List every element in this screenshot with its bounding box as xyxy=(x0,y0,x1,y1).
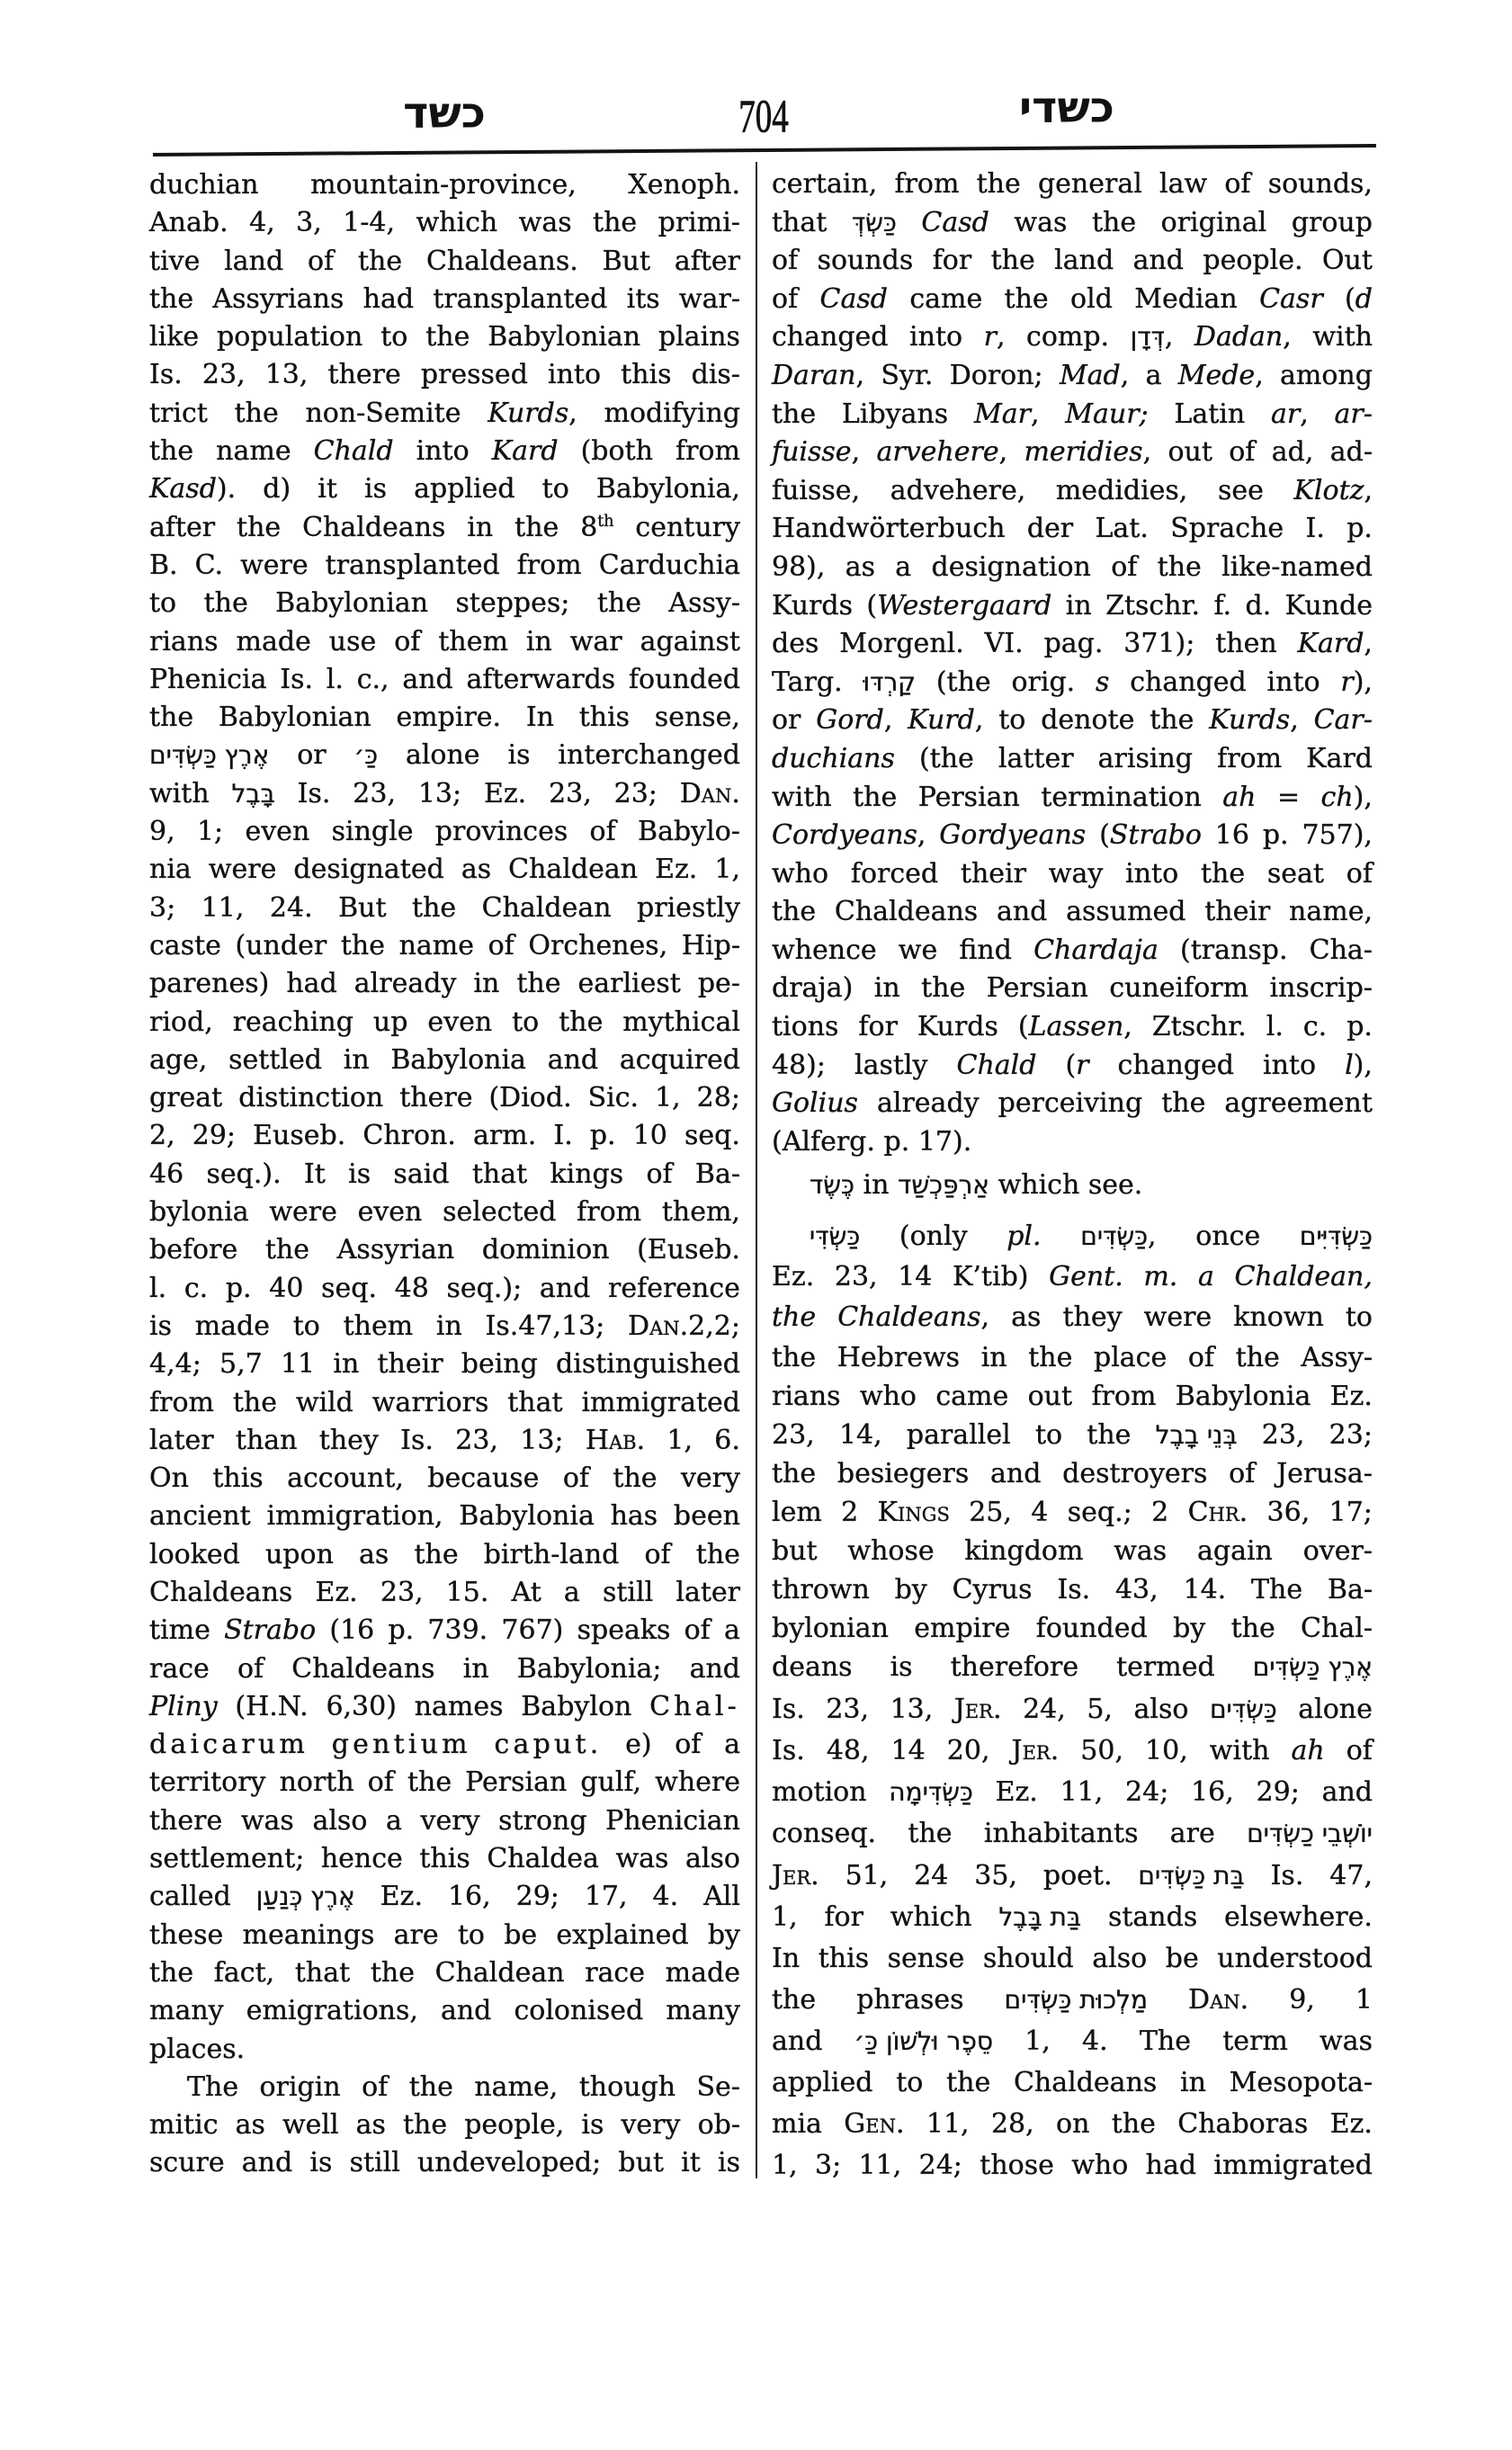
word: 35, xyxy=(974,1857,1017,1896)
word: speaks xyxy=(577,1612,671,1650)
text-run: ( xyxy=(1099,819,1110,851)
italic-text: Kurds xyxy=(488,398,568,429)
word: who xyxy=(1071,2147,1128,2186)
word: the xyxy=(1150,702,1194,740)
text-run: Ez. xyxy=(484,778,526,809)
word: 9, xyxy=(149,813,175,851)
text-run: and xyxy=(1133,245,1184,276)
text-line: Kasd).d)itisappliedtoBabylonia, xyxy=(149,470,740,508)
word: before xyxy=(149,1231,237,1269)
text-run: of xyxy=(368,1766,394,1798)
text-run: Chaldean xyxy=(482,892,612,924)
text-run: the xyxy=(265,1234,309,1265)
word: 9, xyxy=(1289,1981,1315,2020)
word: בַּת בָּבֶל xyxy=(998,1899,1081,1937)
text-run: north xyxy=(280,1766,354,1798)
text-run: land xyxy=(1054,245,1114,276)
word: than xyxy=(236,1422,298,1460)
word: Euseb. xyxy=(253,1117,345,1155)
word: Dadan, xyxy=(1194,318,1292,357)
word: 14 xyxy=(898,1258,932,1297)
text-line: Daran,Syr.Doron;Mad,aMede,among xyxy=(772,357,1373,396)
text-run: , xyxy=(1255,360,1264,391)
text-run: parenes) xyxy=(149,968,269,999)
text-run: or xyxy=(297,739,326,771)
word: who xyxy=(860,1378,917,1417)
text-run: Babylo- xyxy=(638,816,740,847)
word: the xyxy=(149,1954,193,1992)
word: later xyxy=(675,1574,740,1612)
text-run: by xyxy=(708,1919,740,1951)
text-run: ( xyxy=(1345,283,1355,315)
word: Median xyxy=(1134,281,1237,319)
text-run: empire. xyxy=(396,702,501,733)
text-run: Kard xyxy=(1306,743,1373,774)
text-run: (the xyxy=(919,743,974,774)
word: gulf, xyxy=(580,1764,641,1802)
text-run: came xyxy=(935,1381,1008,1412)
word: duchians xyxy=(772,740,895,779)
text-run: medidies, xyxy=(1056,475,1187,506)
text-run: Assy- xyxy=(668,587,740,619)
word: 23, xyxy=(1262,1417,1305,1455)
text-run: alone xyxy=(406,739,480,771)
text-run: 4, xyxy=(249,207,275,238)
text-run: of xyxy=(1188,1342,1214,1373)
text-run: seq.); xyxy=(447,1273,523,1304)
word: Mar, xyxy=(974,396,1040,434)
word: 13, xyxy=(265,356,309,394)
text-run: l. xyxy=(149,1273,166,1304)
text-run: them xyxy=(438,626,508,657)
text-run: up xyxy=(373,1006,408,1038)
word: which xyxy=(998,1167,1080,1205)
word: upon xyxy=(265,1536,334,1574)
text-run: to xyxy=(293,1310,320,1342)
italic-text: Mede xyxy=(1178,360,1255,391)
word: these xyxy=(149,1917,223,1954)
word: which xyxy=(416,204,497,242)
italic-text: fuisse xyxy=(772,436,852,468)
word: places. xyxy=(149,2031,245,2069)
text-run: it xyxy=(681,2147,701,2178)
text-run: 767) xyxy=(501,1614,563,1646)
text-run: their xyxy=(1204,896,1270,927)
text-run: into xyxy=(416,435,470,467)
word: in xyxy=(467,509,493,547)
italic-text: Car- xyxy=(1314,704,1373,736)
word: the xyxy=(371,1954,415,1992)
word: this xyxy=(621,356,671,394)
word: of xyxy=(1188,1339,1214,1378)
word: It xyxy=(304,1156,326,1194)
word: Chaldeans xyxy=(302,509,445,547)
word: way xyxy=(1049,855,1104,894)
text-line: thefact,thattheChaldeanracemade xyxy=(149,1954,740,1992)
text-run: of xyxy=(590,816,616,847)
text-run: of xyxy=(1229,1458,1255,1489)
word: Is. xyxy=(298,775,331,813)
text-run: 28; xyxy=(697,1082,740,1113)
word: of xyxy=(1111,549,1137,587)
word: deans xyxy=(772,1649,853,1687)
word: Doron; xyxy=(950,357,1043,396)
text-run: the xyxy=(772,1458,816,1489)
word: came xyxy=(909,281,982,319)
hebrew-term: כַּשְׂדִּים xyxy=(1210,1694,1277,1724)
text-run: 757), xyxy=(1302,819,1373,851)
word: is xyxy=(348,1156,371,1194)
text-run: dis- xyxy=(692,359,740,390)
text-run: emigrations, xyxy=(246,1995,418,2026)
text-run: with xyxy=(1210,1735,1270,1766)
hebrew-term: יוֹשְׁבֵי כַשְׂדִּים xyxy=(1247,1819,1373,1848)
text-run: been xyxy=(674,1500,740,1532)
text-run: is xyxy=(348,1158,371,1190)
word: 17, xyxy=(585,1878,628,1916)
word: Libyans xyxy=(842,396,948,434)
text-run: VI. xyxy=(985,628,1024,659)
text-run: as xyxy=(236,2109,265,2141)
word: even xyxy=(427,1004,492,1042)
word: סֵפֶר וּלְשׁוֹן כַּ׳ xyxy=(854,2023,993,2061)
text-run: whose xyxy=(847,1535,934,1567)
word: אֶרֶץ כַּשְׂדִּים xyxy=(149,737,269,774)
word: Persian xyxy=(918,779,1020,818)
text-run: 5,7 xyxy=(219,1348,263,1380)
word: even xyxy=(358,1194,423,1231)
text-run: ( xyxy=(1018,1011,1029,1042)
text-run: after xyxy=(675,246,740,277)
text-run: Handwörterbuch xyxy=(772,513,1005,544)
text-run: sense xyxy=(888,1943,965,1974)
word: advehere, xyxy=(890,472,1026,511)
text-run: pe- xyxy=(698,968,740,999)
text-run: Chaldeans xyxy=(1014,2067,1157,2098)
header-rule xyxy=(153,144,1376,156)
small-caps-reference: Kings xyxy=(878,1497,950,1528)
text-line: 48);lastlyChald(rchangedintol), xyxy=(772,1047,1373,1086)
word: like xyxy=(149,318,199,356)
word: pressed xyxy=(421,356,528,394)
text-line: 98),asadesignationofthelike-named xyxy=(772,549,1373,587)
word: Gordyeans xyxy=(939,817,1086,855)
text-line: Cordyeans,Gordyeans(Strabo16p.757), xyxy=(772,817,1373,855)
word: the xyxy=(407,1764,452,1802)
word: rians xyxy=(149,623,219,661)
text-run: 8 xyxy=(580,512,597,543)
text-run: of xyxy=(675,1729,701,1760)
text-run: into xyxy=(1125,858,1178,890)
letterspaced-text: daicarum xyxy=(149,1729,309,1760)
text-run: said xyxy=(393,1158,449,1190)
text-run: find xyxy=(959,934,1012,966)
word: Jer. xyxy=(772,1857,819,1896)
text-run: on xyxy=(1056,2108,1089,2140)
italic-text: Chald xyxy=(314,435,394,467)
word: medidies, xyxy=(1056,472,1187,511)
italic-text: Golius xyxy=(772,1087,858,1119)
text-run: alone xyxy=(1298,1694,1373,1725)
word: name xyxy=(399,927,474,965)
text-run: 23, xyxy=(835,1261,878,1292)
word: to xyxy=(380,318,407,356)
hebrew-term: כַּשְׂדִּים xyxy=(1080,1221,1148,1251)
text-run: But xyxy=(338,892,386,924)
text-run: made xyxy=(666,1957,740,1989)
text-run: 10 xyxy=(633,1120,667,1151)
word: Jerusa- xyxy=(1276,1455,1373,1494)
word: arising xyxy=(1098,740,1193,779)
text-run: distinguished xyxy=(556,1348,740,1380)
text-run: motion xyxy=(772,1776,867,1808)
text-run: understood xyxy=(1217,1943,1373,1974)
text-line: ChaldeansEz.23,15.Atastilllater xyxy=(149,1574,740,1612)
text-run: 48, xyxy=(827,1735,870,1766)
text-line: caste(underthenameofOrchenes,Hip- xyxy=(149,927,740,965)
text-line: draja)inthePersiancuneiforminscrip- xyxy=(772,970,1373,1008)
word: Mad, xyxy=(1060,357,1129,396)
text-run: a xyxy=(564,1577,580,1608)
text-run: , xyxy=(568,398,577,429)
word: pe- xyxy=(698,965,740,1003)
word: Ez. xyxy=(484,775,526,813)
word: Persian xyxy=(465,1764,567,1802)
text-run: Ez. xyxy=(1330,2108,1373,2140)
text-run: (16 xyxy=(329,1614,374,1646)
word: to xyxy=(896,2064,923,2103)
text-run: has xyxy=(611,1500,658,1532)
word: with xyxy=(1312,318,1373,357)
text-run: also xyxy=(1092,1943,1147,1974)
word: 3, xyxy=(296,204,322,242)
word: termed xyxy=(1116,1649,1215,1687)
text-run: kings xyxy=(550,1158,623,1190)
word: 4 xyxy=(1031,1494,1048,1533)
word: Assy- xyxy=(668,585,740,622)
word: Casd xyxy=(820,281,888,319)
text-run: , xyxy=(1143,436,1152,468)
word: great xyxy=(149,1079,222,1117)
text-run: called xyxy=(149,1881,231,1912)
text-run: 36, xyxy=(1267,1497,1311,1528)
text-line: deansisthereforetermedאֶרֶץ כַּשְׂדִּים xyxy=(772,1649,1373,1687)
text-run: d. xyxy=(1245,590,1271,621)
text-run: (both xyxy=(581,435,653,467)
word: bylonian xyxy=(772,1610,889,1649)
text-run: in xyxy=(526,626,552,657)
word: transplanted xyxy=(326,547,500,585)
word: which xyxy=(890,1899,972,1937)
word: over- xyxy=(1303,1533,1373,1571)
text-run: people. xyxy=(1203,245,1302,276)
word: was xyxy=(615,1840,668,1878)
text-run: of xyxy=(394,626,420,657)
text-line: appliedtotheChaldeansinMesopota- xyxy=(772,2064,1373,2103)
word: All xyxy=(703,1878,740,1916)
italic-text: Mad xyxy=(1060,360,1121,391)
word: 371); xyxy=(1123,625,1194,664)
word: with xyxy=(149,775,210,813)
hebrew-term: אֶרֶץ כְּנַעַן xyxy=(256,1882,355,1911)
text-run: Is. xyxy=(772,1735,805,1766)
word: already xyxy=(877,1085,980,1123)
word: 1; xyxy=(197,813,223,851)
text-run: Is. xyxy=(772,1694,805,1725)
word: Chaldeans xyxy=(835,893,978,932)
word: meridies, xyxy=(1024,434,1151,472)
text-line: riod,reachingupeventothemythical xyxy=(149,1004,740,1042)
text-run: tive xyxy=(149,246,200,277)
word: Gord, xyxy=(816,702,892,740)
text-run: Assyrians xyxy=(212,283,344,315)
text-line: 1,forwhichבַּת בָּבֶלstandselsewhere. xyxy=(772,1899,1373,1937)
small-caps-reference: Hab. xyxy=(586,1425,645,1456)
text-run: , xyxy=(975,704,984,736)
word: Cyrus xyxy=(953,1571,1033,1610)
text-run: also xyxy=(1133,1694,1188,1725)
text-run: in xyxy=(874,972,900,1004)
text-run: the xyxy=(149,1957,193,1989)
word: in xyxy=(333,1346,359,1383)
word: Chaldeans xyxy=(149,1574,292,1612)
word: der xyxy=(1027,510,1073,549)
italic-text: Chaldean, xyxy=(1234,1261,1372,1292)
word: designation xyxy=(931,549,1090,587)
word: Jer. xyxy=(1012,1732,1060,1771)
word: because xyxy=(427,1460,539,1498)
text-run: their xyxy=(961,858,1026,890)
word: strong xyxy=(498,1802,586,1840)
text-line: Anab.4,3,1-4,whichwastheprimi- xyxy=(149,204,740,242)
word: fact, xyxy=(214,1954,274,1992)
letterspaced-text: caput. xyxy=(494,1729,602,1760)
word: 1, xyxy=(655,1079,681,1117)
word: into xyxy=(548,356,601,394)
text-run: , xyxy=(1031,398,1040,430)
word: as xyxy=(461,851,491,889)
text-run: who xyxy=(1071,2150,1128,2181)
text-run: 1, xyxy=(772,1901,798,1933)
text-run: parallel xyxy=(907,1419,1011,1451)
word: a xyxy=(724,1726,740,1764)
text-run: in xyxy=(1066,590,1092,621)
word: Latin xyxy=(1174,396,1245,434)
word: single xyxy=(332,813,414,851)
word: from xyxy=(1091,1378,1156,1417)
word: But xyxy=(338,890,386,927)
text-run: e) xyxy=(625,1729,651,1760)
text-run: to xyxy=(458,1919,485,1951)
word: 23, xyxy=(826,1691,869,1730)
word: immigrated xyxy=(581,1384,740,1422)
word: p. xyxy=(1263,817,1289,855)
text-run: phrases xyxy=(856,1984,963,2016)
text-run: the xyxy=(425,321,470,353)
text-run: On xyxy=(149,1462,189,1494)
word: Jer. xyxy=(954,1691,1002,1730)
text-run: among xyxy=(1280,360,1373,391)
word: Chaldean xyxy=(435,1954,565,1992)
text-run: by xyxy=(1173,1613,1205,1644)
text-run: a xyxy=(386,1805,402,1837)
text-run: into xyxy=(1267,666,1320,698)
word: in xyxy=(1066,587,1092,626)
italic-text: d xyxy=(1355,283,1373,315)
word: ad, xyxy=(1272,434,1314,472)
word: Phenician xyxy=(605,1802,740,1840)
word: כַּשְׂדִּימָה xyxy=(889,1774,973,1812)
word: the xyxy=(772,1981,816,2020)
text-run: selected xyxy=(443,1196,556,1228)
word: the xyxy=(593,204,637,242)
text-run: the xyxy=(1231,1613,1275,1644)
text-line: כֶּשֶׂדinאַרְפַּכְשַׁדwhichsee. xyxy=(772,1167,1373,1205)
word: inhabitants xyxy=(984,1815,1139,1854)
text-run: Ez. xyxy=(996,1776,1038,1808)
text-run: p. xyxy=(388,1614,414,1646)
text-run: Euseb. xyxy=(253,1120,345,1151)
text-line: certain,fromthegenerallawofsounds, xyxy=(772,165,1373,204)
text-run: acquired xyxy=(620,1044,740,1076)
text-run: 23, xyxy=(353,778,396,809)
word: the xyxy=(772,893,816,932)
text-run: Chal- xyxy=(1301,1613,1373,1644)
text-run: (Euseb. xyxy=(637,1234,740,1265)
word: kingdom xyxy=(964,1533,1083,1571)
word: sounds, xyxy=(1268,165,1373,204)
word: Dan. xyxy=(1188,1981,1248,2020)
word: 4. xyxy=(653,1878,679,1916)
text-run: made xyxy=(195,1310,270,1342)
text-run: this xyxy=(419,1843,470,1874)
text-run: Ez. xyxy=(380,1881,423,1912)
word: ar, xyxy=(1271,396,1309,434)
text-run: name, xyxy=(474,2071,558,2103)
word: ad- xyxy=(1330,434,1373,472)
text-run: in xyxy=(467,512,493,543)
text-run: 16, xyxy=(1191,1776,1234,1808)
word: settled xyxy=(228,1042,322,1079)
word: Is. xyxy=(1271,1857,1304,1896)
word: applied xyxy=(414,470,514,508)
text-run: Chaboras xyxy=(1177,2108,1308,2140)
word: conseq. xyxy=(772,1815,876,1854)
word: Casr xyxy=(1259,281,1323,319)
text-run: trict xyxy=(149,398,208,429)
word: 23, xyxy=(380,1574,424,1612)
word: of xyxy=(394,623,420,661)
small-caps-reference: Jer. xyxy=(772,1860,819,1891)
hebrew-term: כַּ׳ xyxy=(354,740,378,770)
word: Strabo xyxy=(224,1612,316,1650)
italic-text: Chaldeans xyxy=(837,1301,980,1333)
text-run: came xyxy=(909,283,982,315)
word: draja) xyxy=(772,970,853,1008)
text-run: the xyxy=(1201,858,1245,890)
text-run: time xyxy=(149,1614,210,1646)
word: a xyxy=(1146,357,1162,396)
word: Hab. xyxy=(586,1422,645,1460)
word: the xyxy=(1028,1339,1072,1378)
word: mythical xyxy=(622,1004,740,1042)
word: nia xyxy=(149,851,192,889)
text-run: is xyxy=(581,2109,604,2141)
word: to xyxy=(542,470,569,508)
word: Chal- xyxy=(649,1688,740,1726)
word: בְּנֵי בָבֶל xyxy=(1156,1417,1238,1455)
text-run: known xyxy=(1233,1301,1324,1333)
